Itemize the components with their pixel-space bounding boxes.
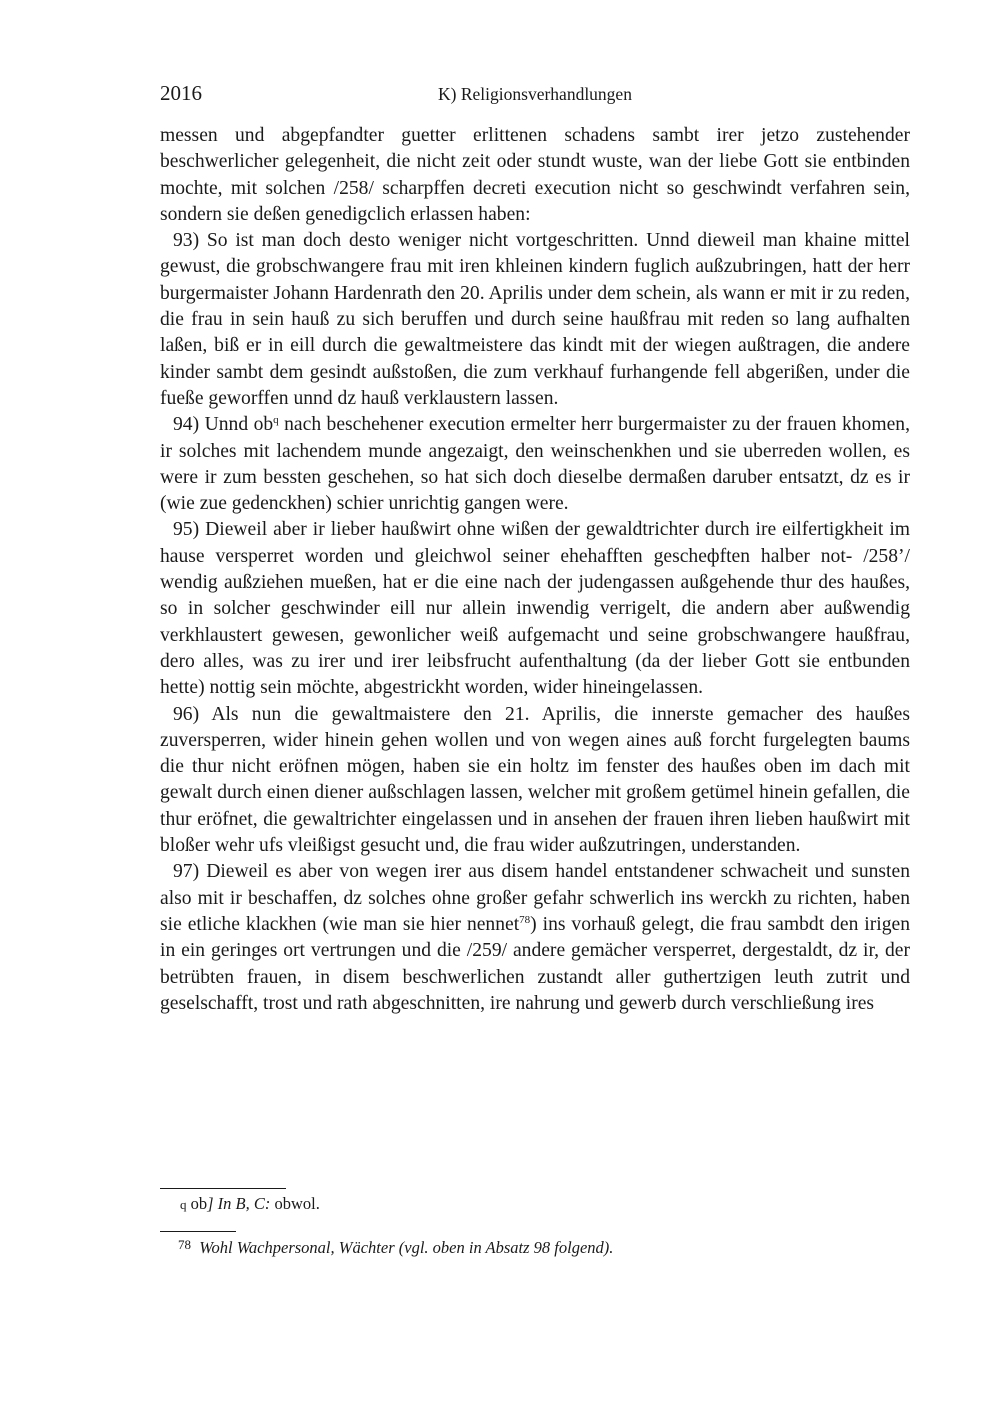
footnote-reference-78[interactable]: 78 [519, 914, 530, 926]
page: 2016 K) Religionsverhandlungen messen un… [160, 78, 910, 1017]
paragraph-number: 96) [173, 704, 199, 725]
footnote-variant: obwol. [275, 1194, 320, 1213]
page-header: 2016 K) Religionsverhandlungen [160, 78, 910, 108]
paragraph-number: 97) [173, 861, 199, 882]
continuation-paragraph: messen und abgepfandter guetter erlitten… [160, 123, 910, 228]
paragraph-96: 96) Als nun die gewaltmaistere den 21. A… [160, 702, 910, 860]
footnote-mark: 78 [178, 1237, 191, 1252]
footnote-mark: q [180, 1197, 187, 1212]
paragraph-number: 93) [173, 230, 199, 251]
footnote-lemma: ob [191, 1194, 208, 1213]
paragraph-text: Als nun die gewaltmaistere den 21. April… [160, 704, 910, 856]
running-title: K) Religionsverhandlungen [160, 79, 910, 109]
paragraph-number: 94) [173, 414, 199, 435]
footnote-q: q ob] In B, C: obwol. [180, 1194, 320, 1215]
paragraph-95: 95) Dieweil aber ir lieber haußwirt ohne… [160, 517, 910, 701]
paragraph-text: Unnd ob [205, 414, 274, 435]
paragraph-number: 95) [173, 519, 199, 540]
footnote-bracket: ] [207, 1194, 213, 1213]
paragraph-93: 93) So ist man doch desto weniger nicht … [160, 228, 910, 412]
body-text: messen und abgepfandter guetter erlitten… [160, 123, 910, 1017]
paragraph-text: So ist man doch desto weniger nicht vort… [160, 230, 910, 409]
paragraph-text: Dieweil aber ir lieber haußwirt ohne wiß… [160, 519, 910, 698]
footnote-78: 78 Wohl Wachpersonal, Wächter (vgl. oben… [178, 1238, 613, 1259]
footnote-text: Wohl Wachpersonal, Wächter (vgl. oben in… [199, 1238, 613, 1257]
footnote-separator-explanatory [160, 1231, 236, 1232]
footnote-separator-textual [160, 1188, 286, 1189]
paragraph-97: 97) Dieweil es aber von wegen irer aus d… [160, 859, 910, 1017]
paragraph-94: 94) Unnd obq nach beschehener execution … [160, 412, 910, 517]
footnote-siglum: In B, C: [218, 1194, 271, 1213]
